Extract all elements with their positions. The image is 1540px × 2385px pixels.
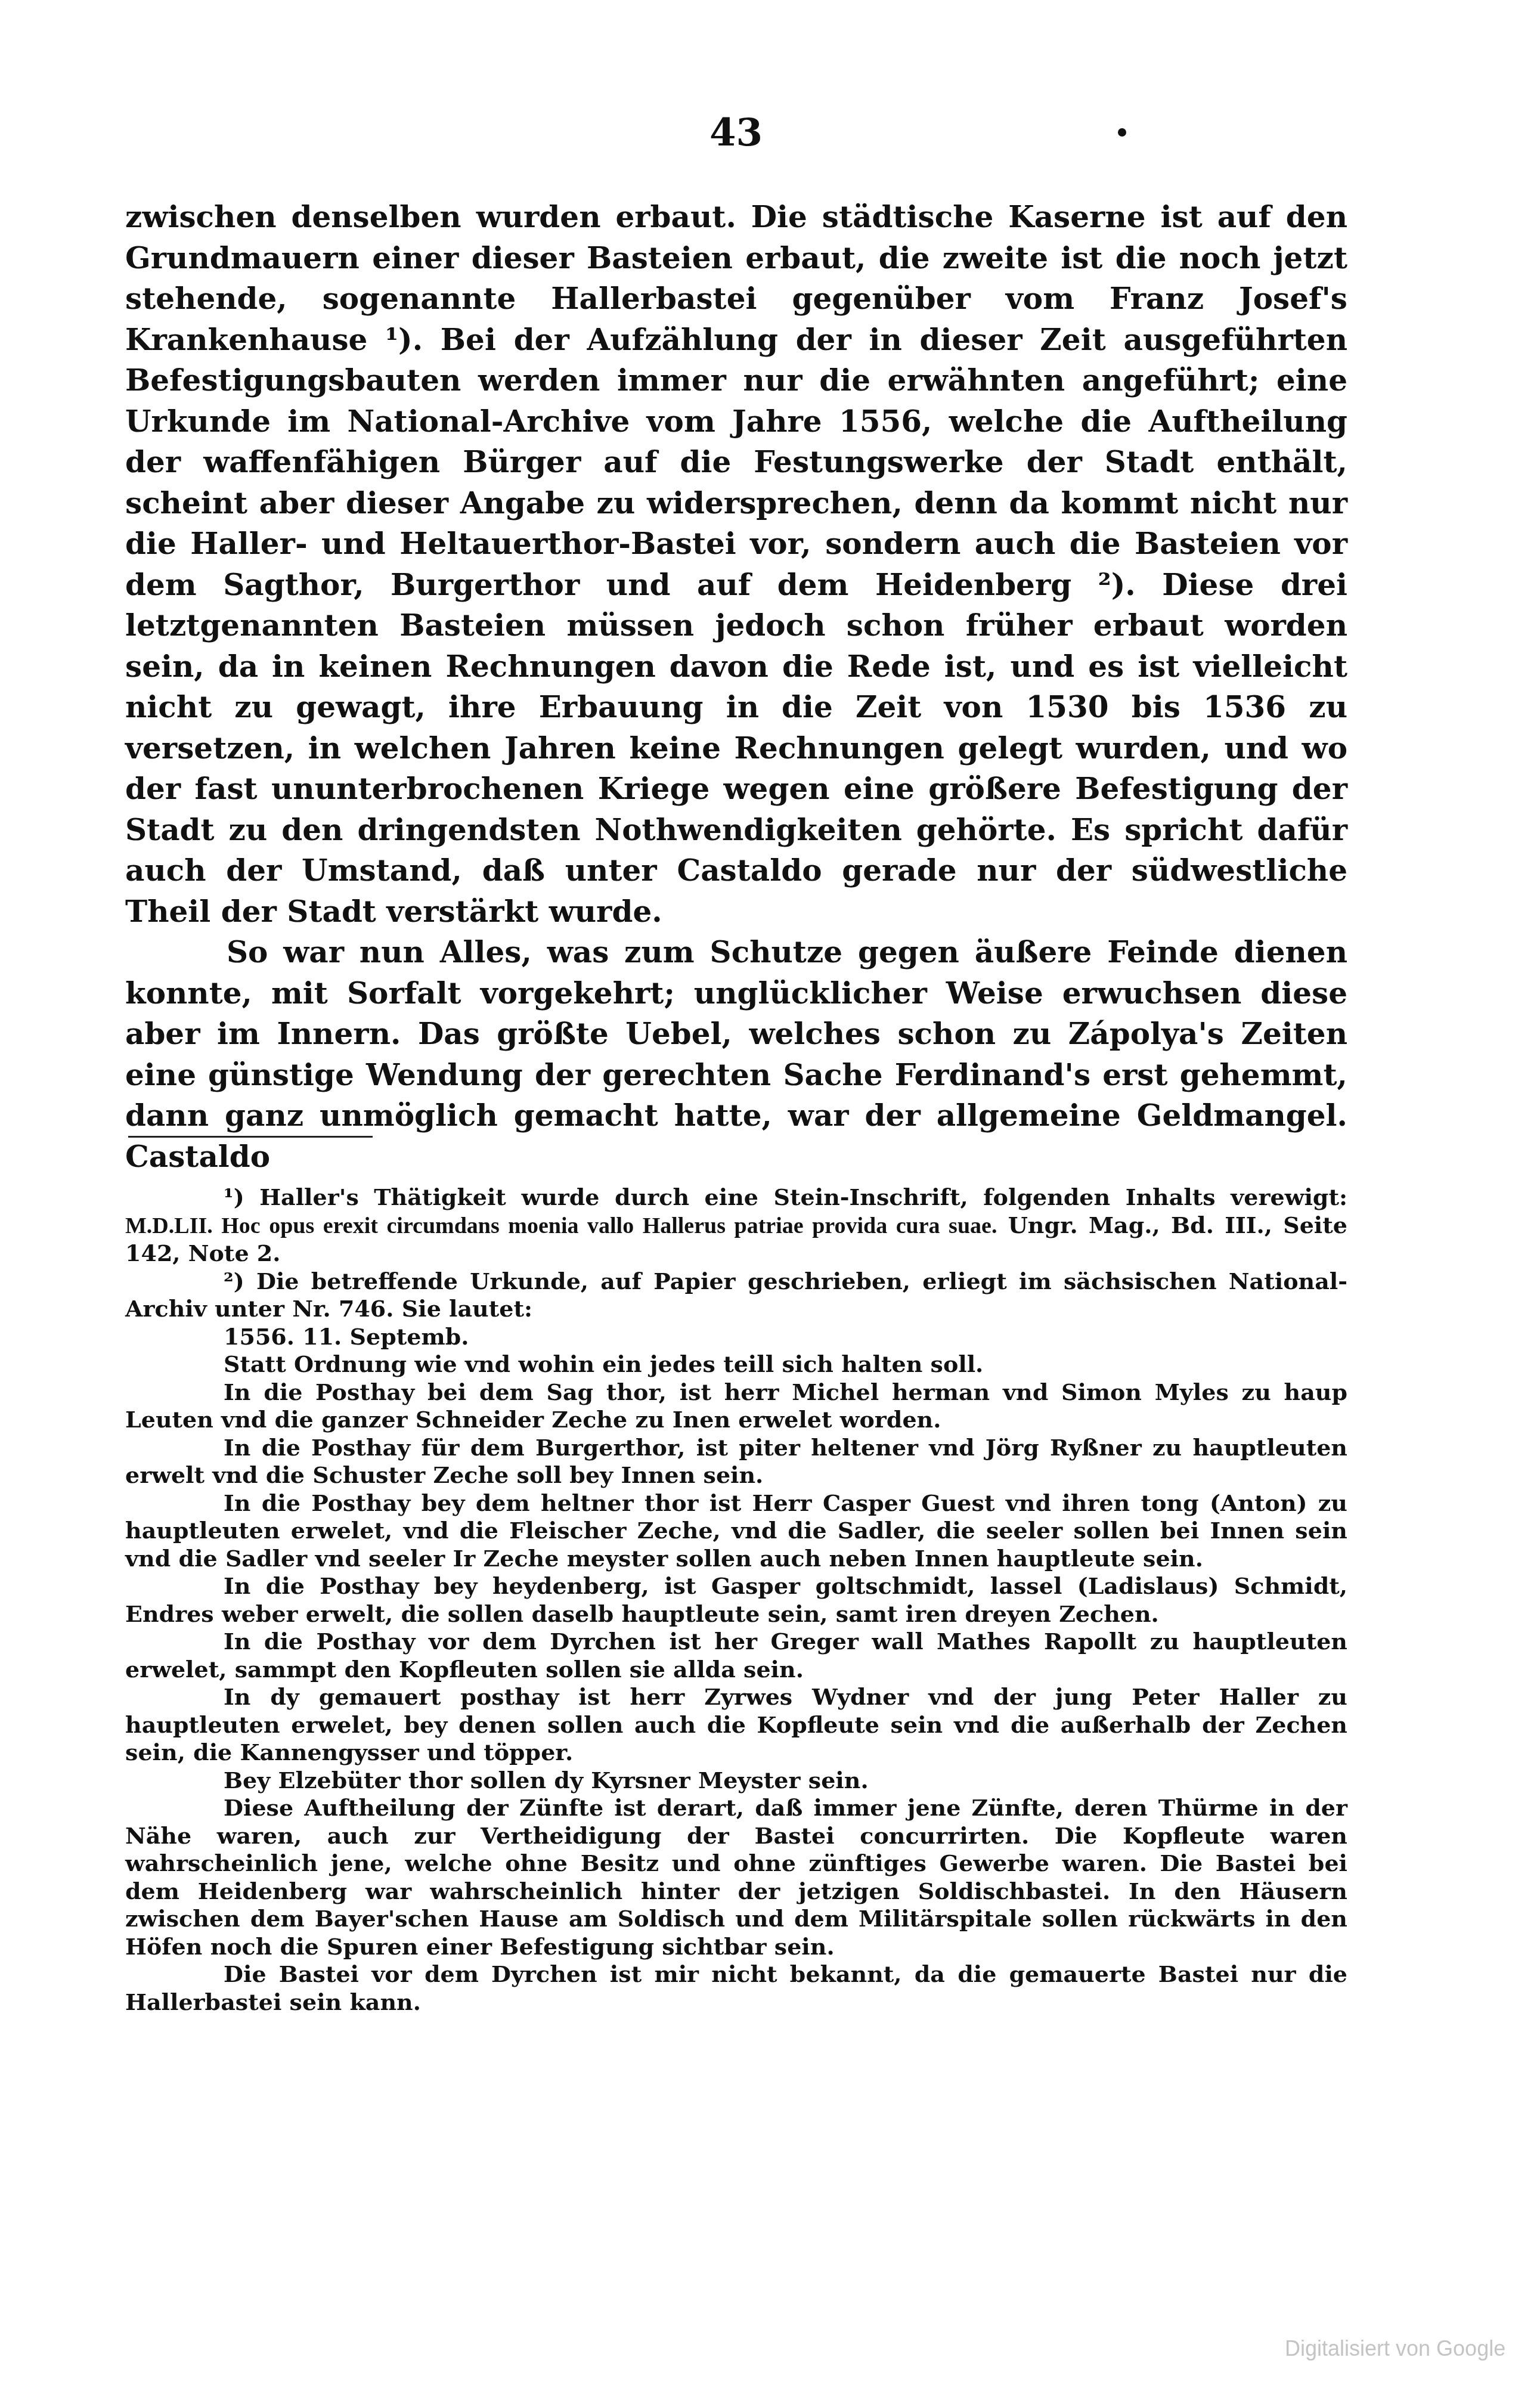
- footnote-text: ¹) Haller's Thätigkeit wurde durch eine …: [224, 1184, 1347, 1210]
- document-line: Die Bastei vor dem Dyrchen ist mir nicht…: [125, 1960, 1347, 2016]
- document-line: 1556. 11. Septemb.: [125, 1323, 1347, 1351]
- document-line: Bey Elzebüter thor sollen dy Kyrsner Mey…: [125, 1767, 1347, 1795]
- paragraph: So war nun Alles, was zum Schutze gegen …: [125, 932, 1347, 1177]
- ink-dot: [1118, 128, 1126, 137]
- footnote-2: ²) Die betreffende Urkunde, auf Papier g…: [125, 1268, 1347, 1323]
- quoted-document: 1556. 11. Septemb.Statt Ordnung wie vnd …: [125, 1323, 1347, 2017]
- document-line: In die Posthay bey heydenberg, ist Gaspe…: [125, 1572, 1347, 1628]
- document-line: In die Posthay bey dem heltner thor ist …: [125, 1489, 1347, 1573]
- book-page: 43 zwischen denselben wurden erbaut. Die…: [0, 0, 1540, 2385]
- document-line: In die Posthay bei dem Sag thor, ist her…: [125, 1379, 1347, 1434]
- page-number: 43: [709, 110, 763, 155]
- document-line: Diese Auftheilung der Zünfte ist derart,…: [125, 1794, 1347, 1960]
- document-line: Statt Ordnung wie vnd wohin ein jedes te…: [125, 1351, 1347, 1379]
- footnotes: ¹) Haller's Thätigkeit wurde durch eine …: [125, 1184, 1347, 2016]
- document-line: In die Posthay vor dem Dyrchen ist her G…: [125, 1628, 1347, 1683]
- main-text: zwischen denselben wurden erbaut. Die st…: [125, 197, 1347, 1177]
- footnote-1: ¹) Haller's Thätigkeit wurde durch eine …: [125, 1184, 1347, 1268]
- paragraph: zwischen denselben wurden erbaut. Die st…: [125, 197, 1347, 932]
- document-line: In dy gemauert posthay ist herr Zyrwes W…: [125, 1683, 1347, 1767]
- latin-inscription: M.D.LII. Hoc opus erexit circumdans moen…: [125, 1213, 997, 1238]
- document-line: In die Posthay für dem Burgerthor, ist p…: [125, 1434, 1347, 1489]
- footnote-divider: [128, 1136, 373, 1138]
- watermark: Digitalisiert von Google: [1285, 2336, 1505, 2361]
